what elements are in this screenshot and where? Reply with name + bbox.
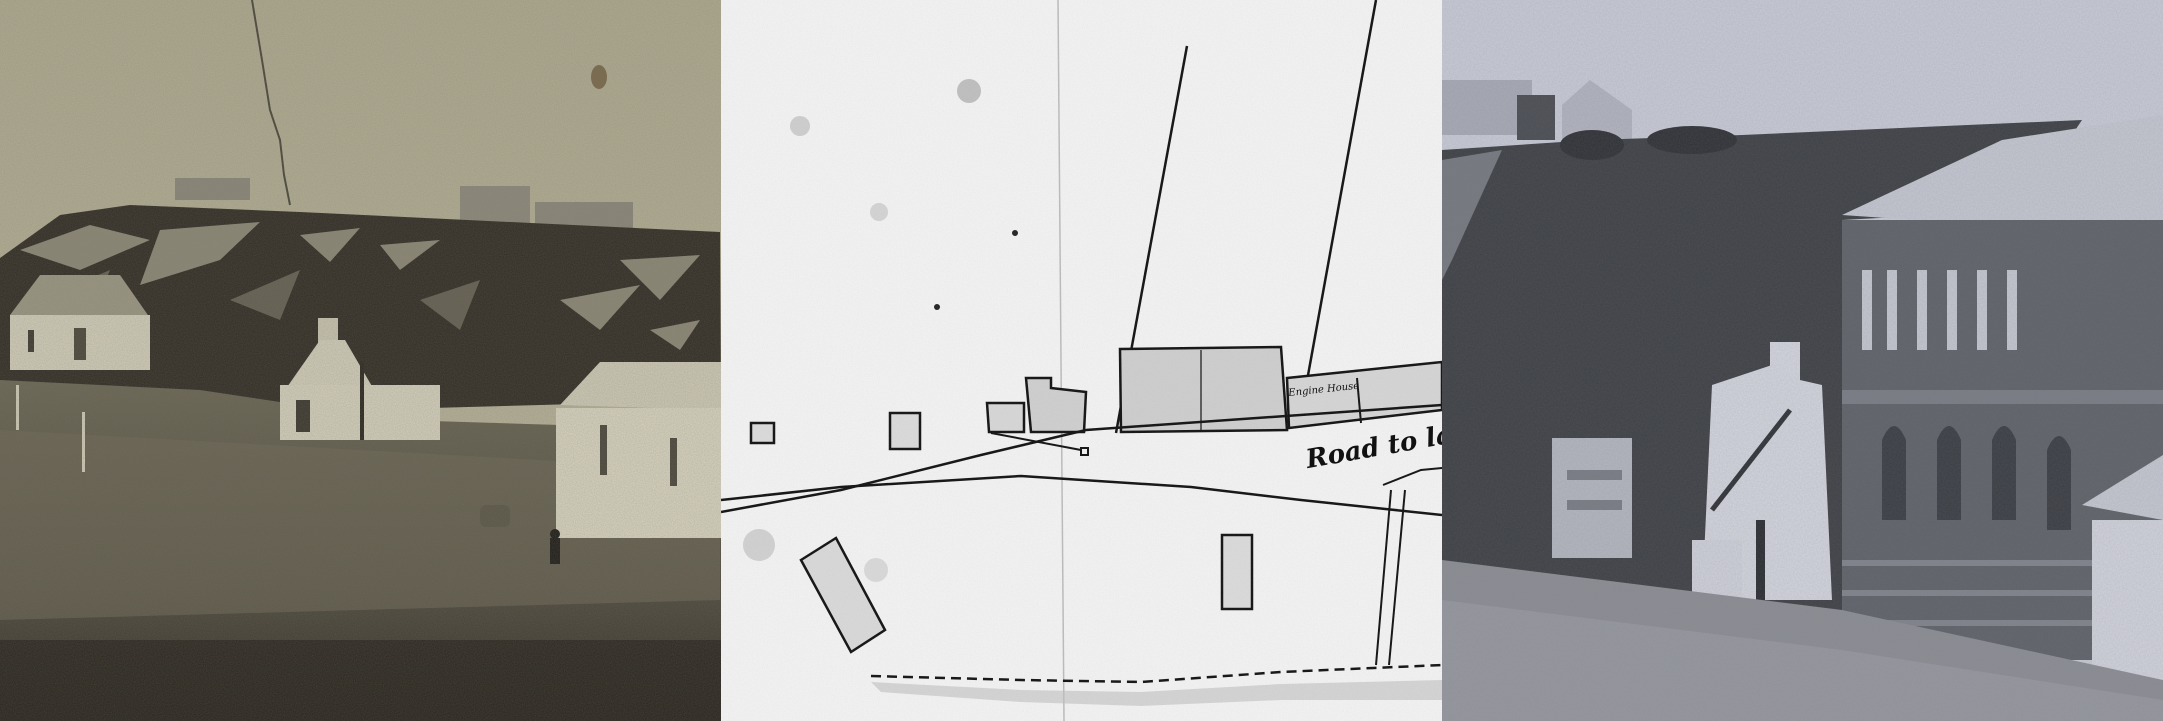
sepia-photograph bbox=[0, 0, 721, 721]
image-strip: Engine House Road to la bbox=[0, 0, 2163, 721]
bw-photograph bbox=[1442, 0, 2163, 721]
bw-photo-panel bbox=[1442, 0, 2163, 721]
map-panel: Engine House Road to la bbox=[721, 0, 1442, 721]
sepia-photo-panel bbox=[0, 0, 721, 721]
hand-drawn-map bbox=[721, 0, 1442, 721]
